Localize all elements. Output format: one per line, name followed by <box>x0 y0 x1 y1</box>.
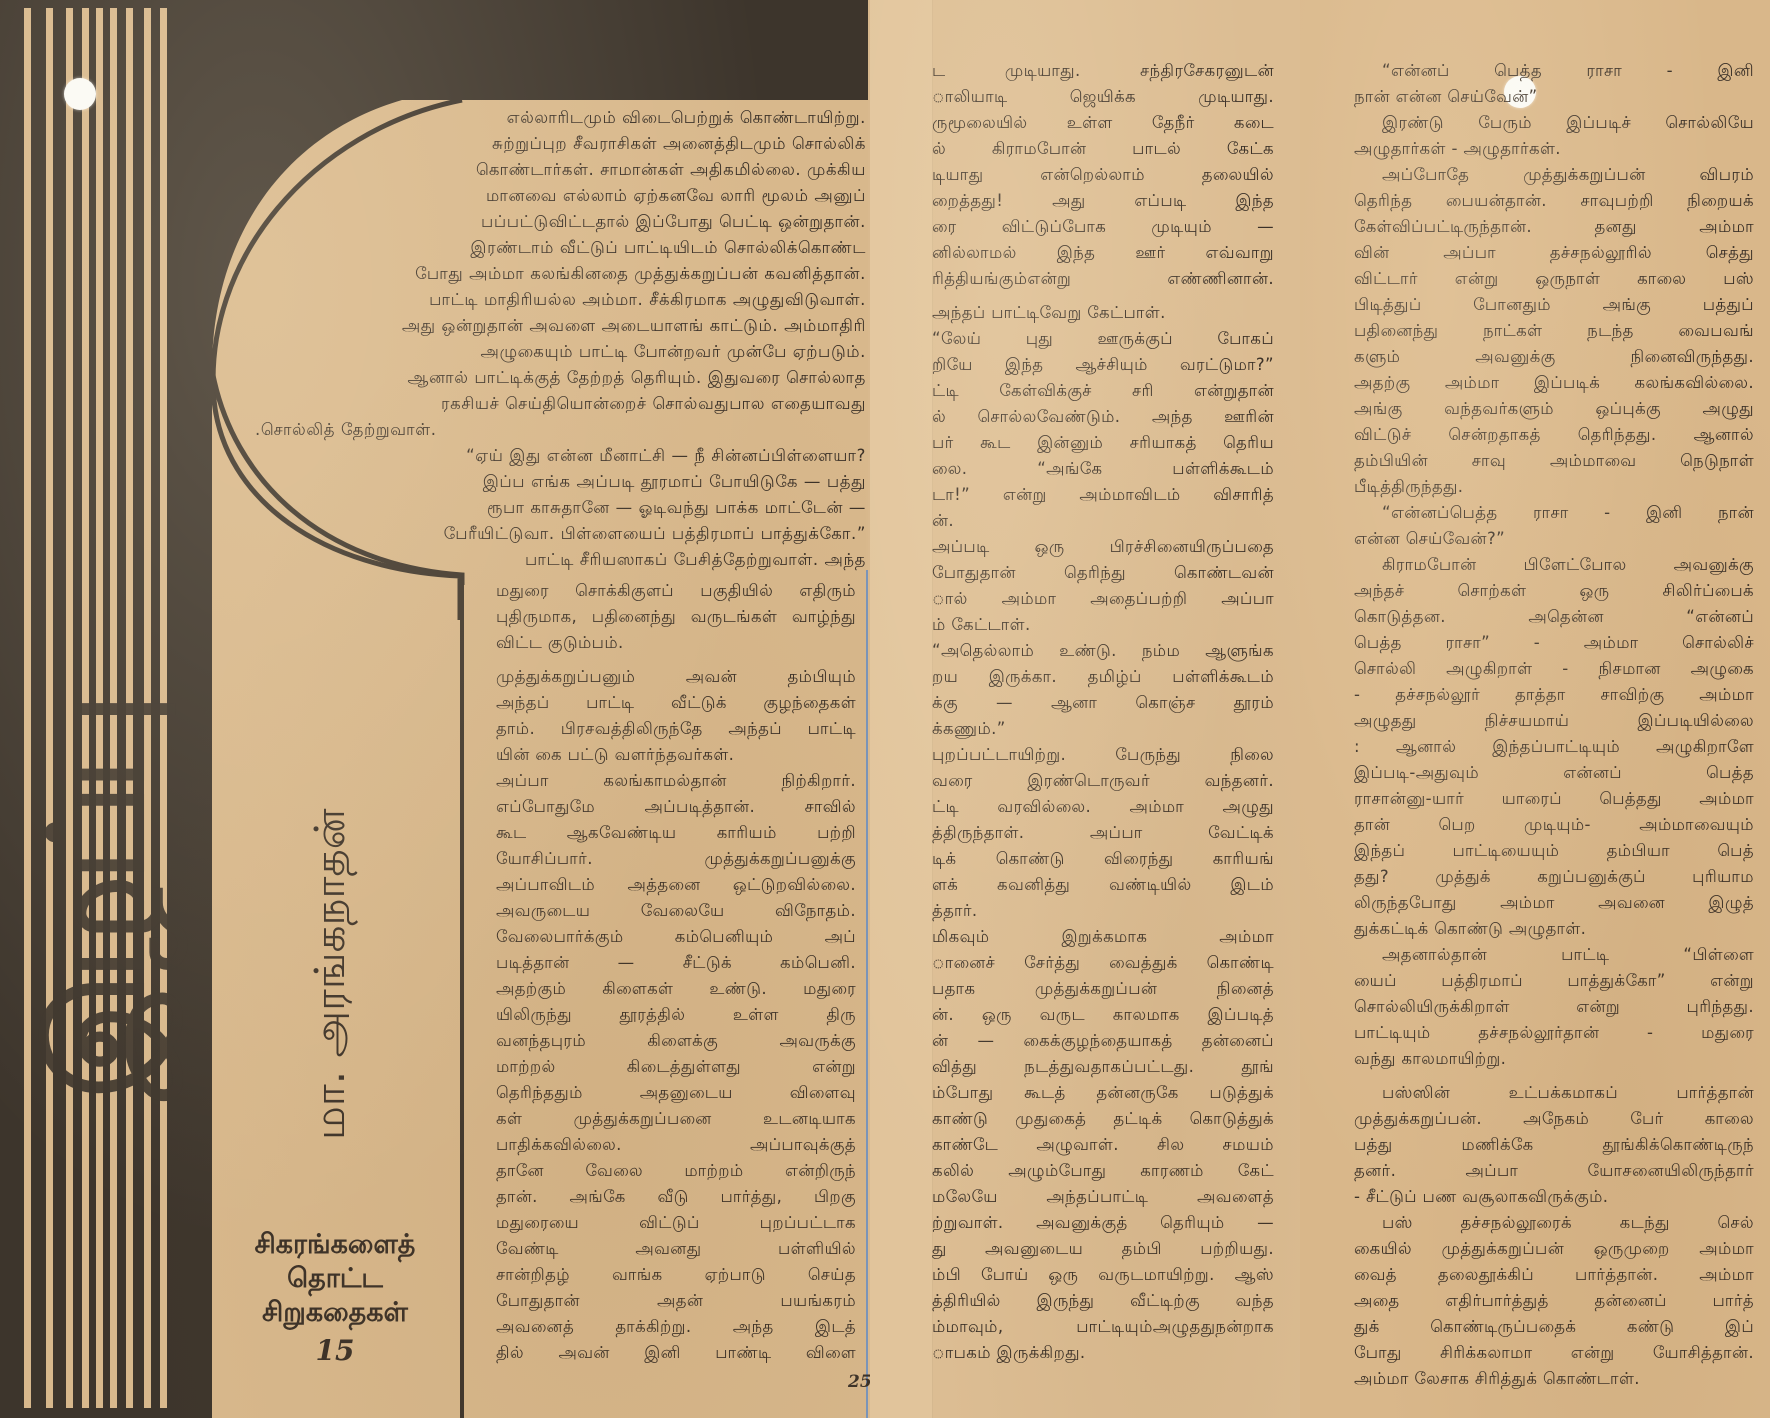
text-line: வின் அப்பா தச்சநல்லூரில் செத்து <box>1354 240 1754 266</box>
text-line: : ஆனால் இந்தப்பாட்டியும் அழுகிறாளே <box>1354 734 1754 760</box>
text-line: பிடித்துப் போனதும் அங்கு பத்துப் <box>1354 292 1754 318</box>
text-line: தானே வேலை மாற்றம் என்றிருந் <box>496 1158 856 1184</box>
intro-line: அழுகையும் பாட்டி போன்றவர் முன்பே ஏற்படும… <box>228 342 866 362</box>
text-line: அதற்கு அம்மா இப்படிக் கலங்கவில்லை. <box>1354 370 1754 396</box>
intro-line: ரகசியச் செய்தியொன்றைச் சொல்வதுபால எதையாவ… <box>240 394 866 414</box>
text-line: - சீட்டுப் பண வசூலாகவிருக்கும். <box>1354 1184 1754 1210</box>
text-line: வனந்தபுரம் கிளைக்கு அவருக்கு <box>496 1028 856 1054</box>
text-line: இரண்டு பேரும் இப்படிச் சொல்லியே <box>1354 110 1754 136</box>
text-line: க்கணும்.” <box>932 716 1274 742</box>
text-line: தில் அவன் இனி பாண்டி விளை <box>496 1340 856 1366</box>
text-line: பாதிக்கவில்லை. அப்பாவுக்குத் <box>496 1132 856 1158</box>
text-line: ன் — கைக்குழந்தையாகத் தன்னைப் <box>932 1028 1274 1054</box>
text-line: விட்டுச் சென்றதாகத் தெரிந்தது. ஆனால் <box>1354 422 1754 448</box>
story-title-decorative: இழப்பு <box>22 690 182 1110</box>
series-title-line: சிறுகதைகள் <box>220 1296 450 1330</box>
text-line: கொடுத்தன. அதென்ன “என்னப் <box>1354 604 1754 630</box>
text-line: வைத் தலைதூக்கிப் பார்த்தான். அம்மா <box>1354 1262 1754 1288</box>
text-line: முத்துக்கறுப்பனும் அவன் தம்பியும் <box>496 664 856 690</box>
text-line: அப்பாவிடம் அத்தனை ஒட்டுறவில்லை. <box>496 872 856 898</box>
intro-line: மானவை எல்லாம் ஏற்கனவே லாரி மூலம் அனுப் <box>290 186 866 206</box>
text-line: காண்டே அழுவாள். சில சமயம் <box>932 1132 1274 1158</box>
text-line: கேள்விப்பட்டிருந்தான். தனது அம்மா <box>1354 214 1754 240</box>
text-line: டியாது என்றெல்லாம் தலையில் <box>932 162 1274 188</box>
text-line: புறப்பட்டாயிற்று. பேருந்து நிலை <box>932 742 1274 768</box>
text-line: ாலியாடி ஜெயிக்க முடியாது. <box>932 84 1274 110</box>
text-line: - தச்சநல்லூர் தாத்தா சாவிற்கு அம்மா <box>1354 682 1754 708</box>
text-line: கூட ஆகவேண்டிய காரியம் பற்றி <box>496 820 856 846</box>
text-line: தெரிந்த பையன்தான். சாவுபற்றி நிறையக் <box>1354 188 1754 214</box>
text-line: கலில் அழும்போது காரணம் கேட் <box>932 1158 1274 1184</box>
text-line: றியே இந்த ஆச்சியும் வரட்டுமா?” <box>932 352 1274 378</box>
text-line: அழுதார்கள் - அழுதார்கள். <box>1354 136 1754 162</box>
text-line: ராசான்னு-யார் யாரைப் பெத்தது அம்மா <box>1354 786 1754 812</box>
text-line: தெரிந்ததும் அதனுடைய விளைவு <box>496 1080 856 1106</box>
text-line: ட முடியாது. சந்திரசேகரனுடன் <box>932 58 1274 84</box>
text-line: அவருடைய வேலையே விநோதம். <box>496 898 856 924</box>
text-line: க்கு — ஆனா கொஞ்ச தூரம் <box>932 690 1274 716</box>
intro-line: ரூபா காசுதானே — ஓடிவந்து பாக்க மாட்டேன் … <box>320 498 866 518</box>
intro-line: இரண்டாம் வீட்டுப் பாட்டியிடம் சொல்லிக்கொ… <box>270 238 866 258</box>
text-line: சொல்லி அழுகிறாள் - நிசமான அழுகை <box>1354 656 1754 682</box>
text-line: ட்டி வரவில்லை. அம்மா அழுது <box>932 794 1274 820</box>
text-line: ம்மாவும், பாட்டியும்அழுததுநன்றாக <box>932 1314 1274 1340</box>
text-line: மாற்றல் கிடைத்துள்ளது என்று <box>496 1054 856 1080</box>
text-line: தம்பியின் சாவு அம்மாவை நெடுநாள் <box>1354 448 1754 474</box>
text-line: டிக் கொண்டு விரைந்து காரியங் <box>932 846 1274 872</box>
text-line: இப்படி-அதுவும் என்னப் பெத்த <box>1354 760 1754 786</box>
text-line: து அவனுடைய தம்பி பற்றியது. <box>932 1236 1274 1262</box>
text-line: அந்தப் பாட்டி வீட்டுக் குழந்தைகள் <box>496 690 856 716</box>
text-line: ரித்தியங்கும்என்று எண்ணினான். <box>932 266 1274 292</box>
text-line: டா!” என்று அம்மாவிடம் விசாரித் <box>932 482 1274 508</box>
text-line: த்தார். <box>932 898 1274 924</box>
text-line: ற்றுவாள். அவனுக்குத் தெரியும் — <box>932 1210 1274 1236</box>
text-line: சொல்லியிருக்கிறாள் என்று புரிந்தது. <box>1354 994 1754 1020</box>
text-line: ரை விட்டுப்போக முடியும் — <box>932 214 1274 240</box>
text-line: அந்தப் பாட்டிவேறு கேட்பாள். <box>932 300 1274 326</box>
text-line: “என்னப் பெத்த ராசா - இனி <box>1354 58 1754 84</box>
text-line: யைப் பத்திரமாப் பாத்துக்கோ” என்று <box>1354 968 1754 994</box>
intro-line: சுற்றுப்புற சீவராசிகள் அனைத்திடமும் சொல்… <box>330 134 866 154</box>
text-line: வித்து நடத்துவதாகப்பட்டது. தூங் <box>932 1054 1274 1080</box>
decorative-side-strip: இழப்பு <box>0 0 212 1418</box>
text-line: துக் கொண்டிருப்பதைக் கண்டு இப் <box>1354 1314 1754 1340</box>
text-line: வேண்டி அவனது பள்ளியில் <box>496 1236 856 1262</box>
text-line: எப்போதுமே அப்படித்தான். சாவில் <box>496 794 856 820</box>
intro-line: பப்பட்டுவிட்டதால் இப்போது பெட்டி ஒன்றுதா… <box>280 212 866 232</box>
text-line: ளக் கவனித்து வண்டியில் இடம் <box>932 872 1274 898</box>
text-line: துக்கட்டிக் கொண்டு அழுதாள். <box>1354 916 1754 942</box>
text-line: கிராமபோன் பிளேட்போல அவனுக்கு <box>1354 552 1754 578</box>
text-line: அதை எதிர்பார்த்துத் தன்னைப் பார்த் <box>1354 1288 1754 1314</box>
text-line: அம்மா லேசாக சிரித்துக் கொண்டாள். <box>1354 1366 1754 1392</box>
text-line: போதுதான் அதன் பயங்கரம் <box>496 1288 856 1314</box>
page-number: 25 <box>848 1372 872 1392</box>
text-line: மிகவும் இறுக்கமாக அம்மா <box>932 924 1274 950</box>
text-line: போதுதான் தெரிந்து கொண்டவன் <box>932 560 1274 586</box>
text-line: களும் அவனுக்கு நினைவிருந்தது. <box>1354 344 1754 370</box>
text-line: கையில் முத்துக்கறுப்பன் ஒருமுறை அம்மா <box>1354 1236 1754 1262</box>
punch-hole <box>64 78 96 110</box>
series-number: 15 <box>220 1334 450 1367</box>
text-line: அதற்கும் கிளைகள் உண்டு. மதுரை <box>496 976 856 1002</box>
text-line: தான் பெற முடியும்- அம்மாவையும் <box>1354 812 1754 838</box>
text-line: “என்னப்பெத்த ராசா - இனி நான் <box>1354 500 1754 526</box>
text-line: வந்து காலமாயிற்று. <box>1354 1046 1754 1072</box>
text-line: பாட்டியும் தச்சநல்லூர்தான் - மதுரை <box>1354 1020 1754 1046</box>
text-line: ன். <box>932 508 1274 534</box>
text-line: பத்து மணிக்கே தூங்கிக்கொண்டிருந் <box>1354 1132 1754 1158</box>
middle-text-column: ட முடியாது. சந்திரசேகரனுடன் ாலியாடி ஜெயி… <box>932 58 1274 1366</box>
text-line: அப்போதே முத்துக்கறுப்பன் விபரம் <box>1354 162 1754 188</box>
intro-line: எல்லாரிடமும் விடைபெற்றுக் கொண்டாயிற்று. <box>380 108 866 128</box>
text-line: ம்போது கூடத் தன்னருகே படுத்துக் <box>932 1080 1274 1106</box>
text-line: புதிருமாக, பதினைந்து வருடங்கள் வாழ்ந்து <box>496 604 856 630</box>
intro-line: .சொல்லித் தேற்றுவாள். <box>255 420 866 440</box>
text-line: போது சிரிக்கலாமா என்று யோசித்தான். <box>1354 1340 1754 1366</box>
text-line: சான்றிதழ் வாங்க ஏற்பாடு செய்த <box>496 1262 856 1288</box>
series-title: சிகரங்களைத் தொட்ட சிறுகதைகள் 15 <box>220 1228 450 1367</box>
right-page: “என்னப் பெத்த ராசா - இனி நான் என்ன செய்வ… <box>1300 0 1770 1418</box>
series-title-line: தொட்ட <box>220 1262 450 1296</box>
middle-page-scrap: ட முடியாது. சந்திரசேகரனுடன் ாலியாடி ஜெயி… <box>870 0 1300 1418</box>
text-line: ருமூலையில் உள்ள தேநீர் கடை <box>932 110 1274 136</box>
text-line: அங்கு வந்தவர்களும் ஒப்புக்கு அழுது <box>1354 396 1754 422</box>
text-line: பீடித்திருந்தது. <box>1354 474 1754 500</box>
text-line: ால் அம்மா அதைப்பற்றி அப்பா <box>932 586 1274 612</box>
intro-line: பேரீயிட்டுவா. பிள்ளையைப் பத்திரமாப் பாத்… <box>350 524 866 544</box>
text-line: படித்தான் — சீட்டுக் கம்பெனி. <box>496 950 856 976</box>
intro-line: ஆனால் பாட்டிக்குத் தேற்றத் தெரியும். இது… <box>228 368 866 388</box>
text-line: விட்ட குடும்பம். <box>496 630 856 656</box>
text-line: விட்டார் என்று ஒருநாள் காலை பஸ் <box>1354 266 1754 292</box>
text-line: தனர். அப்பா யோசனையிலிருந்தார் <box>1354 1158 1754 1184</box>
intro-line: அது ஒன்றுதான் அவளை அடையாளங் காட்டும். அம… <box>232 316 866 336</box>
text-line: பஸ் தச்சநல்லூரைக் கடந்து செல் <box>1354 1210 1754 1236</box>
text-line: என்ன செய்வேன்?” <box>1354 526 1754 552</box>
text-line: அப்படி ஒரு பிரச்சினையிருப்பதை <box>932 534 1274 560</box>
text-line: ல் சொல்லவேண்டும். அந்த ஊரின் <box>932 404 1274 430</box>
text-line: பதினைந்து நாட்கள் நடந்த வைபவங் <box>1354 318 1754 344</box>
text-line: றைத்தது! அது எப்படி இந்த <box>932 188 1274 214</box>
text-line: யின் கை பட்டு வளர்ந்தவர்கள். <box>496 742 856 768</box>
text-line: ம் கேட்டாள். <box>932 612 1274 638</box>
text-line: த்திருந்தாள். அப்பா வேட்டிக் <box>932 820 1274 846</box>
left-page-text-column: மதுரை சொக்கிகுளப் பகுதியில் எதிரும் புதி… <box>496 578 856 1366</box>
text-line: வரை இரண்டொருவர் வந்தனர். <box>932 768 1274 794</box>
intro-line: பாட்டி சீரியஸாகப் பேசித்தேற்றுவாள். அந்த <box>430 550 866 570</box>
author-byline: மா. அரங்கநாதன் <box>300 740 360 1140</box>
text-line: காண்டு முதுகைத் தட்டிக் கொடுத்துக் <box>932 1106 1274 1132</box>
text-line: பஸ்ஸின் உட்பக்கமாகப் பார்த்தான் <box>1354 1080 1754 1106</box>
text-line: பர் கூட இன்னும் சரியாகத் தெரிய <box>932 430 1274 456</box>
text-line: தது? முத்துக் கறுப்பனுக்குப் புரியாம <box>1354 864 1754 890</box>
text-line: பதாக முத்துக்கறுப்பன் நினைத் <box>932 976 1274 1002</box>
text-line: த்திரியில் இருந்து வீட்டிற்கு வந்த <box>932 1288 1274 1314</box>
intro-line: போது அம்மா கலங்கினதை முத்துக்கறுப்பன் கவ… <box>255 264 866 284</box>
text-line: யிலிருந்து தூரத்தில் உள்ள திரு <box>496 1002 856 1028</box>
text-line: “லேய் புது ஊருக்குப் போகப் <box>932 326 1274 352</box>
text-line: னில்லாமல் இந்த ஊர் எவ்வாறு <box>932 240 1274 266</box>
right-text-column: “என்னப் பெத்த ராசா - இனி நான் என்ன செய்வ… <box>1354 58 1754 1392</box>
text-line: யோசிப்பார். முத்துக்கறுப்பனுக்கு <box>496 846 856 872</box>
text-line: இந்தப் பாட்டியையும் தம்பியா பெத் <box>1354 838 1754 864</box>
text-line: தான். அங்கே வீடு பார்த்து, பிறகு <box>496 1184 856 1210</box>
intro-line: “ஏய் இது என்ன மீனாட்சி — நீ சின்னப்பிள்ள… <box>280 446 866 466</box>
text-line: அதனால்தான் பாட்டி “பிள்ளை <box>1354 942 1754 968</box>
text-line: அந்தச் சொற்கள் ஒரு சிலிர்ப்பைக் <box>1354 578 1754 604</box>
text-line: ல் கிராமபோன் பாடல் கேட்க <box>932 136 1274 162</box>
text-line: லை. “அங்கே பள்ளிக்கூடம் <box>932 456 1274 482</box>
text-line: மதுரையை விட்டுப் புறப்பட்டாக <box>496 1210 856 1236</box>
text-line: நான் என்ன செய்வேன்” <box>1354 84 1754 110</box>
text-line: அவனைத் தாக்கிற்று. அந்த இடத் <box>496 1314 856 1340</box>
left-page: இழப்பு எல்லாரிடமும் விடைபெற்றுக் கொண்டாய… <box>0 0 868 1418</box>
text-line: வேலைபார்க்கும் கம்பெனியும் அப் <box>496 924 856 950</box>
intro-line: பாட்டி மாதிரியல்ல அம்மா. சீக்கிரமாக அழுத… <box>240 290 866 310</box>
text-line: ன். ஒரு வருட காலமாக இப்படித் <box>932 1002 1274 1028</box>
text-line: ாபகம் இருக்கிறது. <box>932 1340 1274 1366</box>
text-line: தாம். பிரசவத்திலிருந்தே அந்தப் பாட்டி <box>496 716 856 742</box>
text-line: அப்பா கலங்காமல்தான் நிற்கிறார். <box>496 768 856 794</box>
text-line: அழுதது நிச்சயமாய் இப்படியில்லை <box>1354 708 1754 734</box>
text-line: மதுரை சொக்கிகுளப் பகுதியில் எதிரும் <box>496 578 856 604</box>
text-line: றய இருக்கா. தமிழ்ப் பள்ளிக்கூடம் <box>932 664 1274 690</box>
series-title-line: சிகரங்களைத் <box>220 1228 450 1262</box>
intro-line: கொண்டார்கள். சாமான்கள் அதிகமில்லை. முக்க… <box>305 160 866 180</box>
byline-box-border <box>460 576 464 1418</box>
intro-line: இப்ப எங்க அப்படி தூரமாப் போயிடுகே — பத்த… <box>300 472 866 492</box>
text-line: கள் முத்துக்கறுப்பனை உடனடியாக <box>496 1106 856 1132</box>
text-line: “அதெல்லாம் உண்டு. நம்ம ஆளுங்க <box>932 638 1274 664</box>
text-line: முத்துக்கறுப்பன். அநேகம் பேர் காலை <box>1354 1106 1754 1132</box>
text-line: பெத்த ராசா” - அம்மா சொல்லிச் <box>1354 630 1754 656</box>
text-line: லிருந்தபோது அம்மா அவனை இழுத் <box>1354 890 1754 916</box>
text-line: ம்பி போய் ஒரு வருடமாயிற்று. ஆஸ் <box>932 1262 1274 1288</box>
text-line: மலேயே அந்தப்பாட்டி அவளைத் <box>932 1184 1274 1210</box>
text-line: ானைச் சேர்த்து வைத்துக் கொண்டி <box>932 950 1274 976</box>
text-line: ட்டி கேள்விக்குச் சரி என்றுதான் <box>932 378 1274 404</box>
